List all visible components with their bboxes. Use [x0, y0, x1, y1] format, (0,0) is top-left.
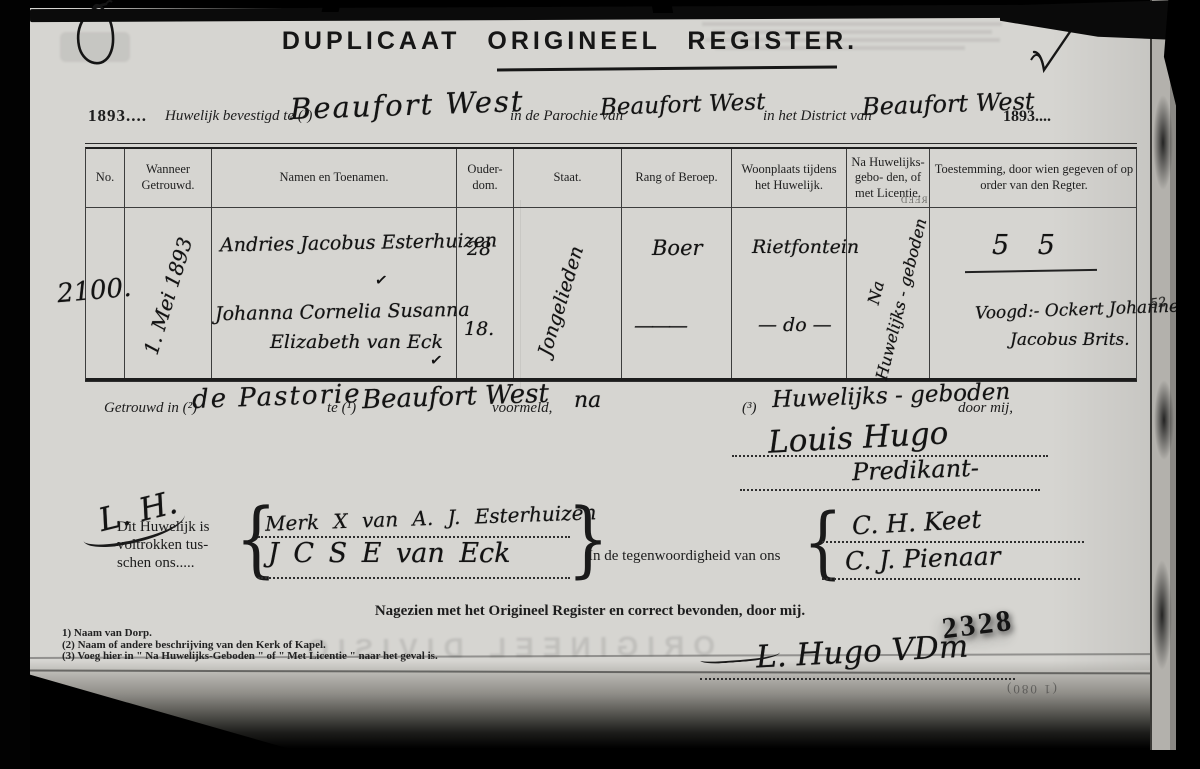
cell-toestemming: 5 5 Voogd:- Ockert Johannes Jacobus Brit… [929, 208, 1138, 378]
year-left: 1893.... [88, 106, 147, 126]
signature-line [700, 678, 1015, 680]
cell-names: Andries Jacobus Esterhuizen ✓ Johanna Co… [211, 208, 456, 378]
bride-residence-ditto: — do — [758, 314, 832, 336]
col-header-toestemming: Toestemming, door wien gegeven of op ord… [929, 149, 1138, 207]
film-notch [322, 0, 342, 12]
page-title: DUPLICAAT ORIGINEEL REGISTER. [0, 27, 1140, 56]
married-in-label: Getrouwd in (²) [104, 400, 197, 417]
na-handwritten: na [574, 388, 601, 413]
verification-statement: Nagezien met het Origineel Register en c… [280, 603, 900, 620]
entry-number: 2100. [56, 273, 133, 309]
cell-no: 2100. [86, 208, 124, 378]
col-header-wanneer: Wanneer Getrouwd. [124, 149, 211, 207]
col-header-beroep: Rang of Beroep. [621, 149, 731, 207]
banns-note-rotated: NaHuwelijks - geboden [840, 193, 939, 400]
brace-open: { [803, 498, 843, 588]
cell-woonplaats: Rietfontein — do — [731, 208, 846, 378]
consent-number: 5 5 [992, 230, 1065, 261]
marital-state-rotated: Jongelieden [523, 207, 600, 395]
col-header-ouderdom: Ouder- dom. [456, 149, 513, 207]
col-header-woonplaats: Woonplaats tijdens het Huwelijk. [731, 149, 846, 207]
year-right: 1893.... [1003, 108, 1051, 126]
cell-ages: 28 18. [456, 208, 513, 378]
bride-name-line2: Elizabeth van Eck [270, 331, 443, 353]
brace-close: } [567, 492, 609, 587]
cell-date: 1. Mei 1893 [124, 208, 211, 378]
bride-age: 18. [464, 318, 494, 340]
col-header-namen: Namen en Toenamen. [211, 149, 456, 207]
witness-label: In de tegenwoordigheid van ons [588, 548, 780, 565]
solemnized-line1: Dit Huwelijk is [117, 518, 247, 536]
door-mij-label: door mij, [958, 400, 1013, 417]
groom-residence: Rietfontein [752, 236, 859, 258]
edge-smudge [1153, 95, 1173, 190]
cell-beroep: Boer ——— [621, 208, 731, 378]
cell-geboden: NaHuwelijks - geboden [846, 208, 929, 378]
marriage-date-rotated: 1. Mei 1893 [132, 211, 205, 381]
margin-note: 52 [1149, 295, 1167, 312]
col-header-no: No. [86, 149, 124, 207]
edge-smudge [1152, 560, 1172, 670]
check-mark-icon: ✓ [374, 270, 389, 291]
solemnized-line3: schen ons..... [117, 554, 247, 572]
married-te-label: te (¹) [327, 400, 356, 417]
edge-smudge [1154, 380, 1174, 460]
solemnized-label: Dit Huwelijk is voltrokken tus- schen on… [117, 518, 247, 572]
bleedthrough-mirrored-number: (1 080) [1005, 681, 1057, 697]
solemnized-line2: voltrokken tus- [117, 536, 247, 554]
bride-occupation-dash: ——— [634, 313, 685, 337]
witness2-signature: C. J. Pienaar [845, 541, 1002, 575]
bleedthrough-line [702, 22, 1002, 26]
groom-occupation: Boer [652, 236, 703, 260]
footnotes: 1) Naam van Dorp. (2) Naam of andere bes… [62, 628, 438, 663]
cell-staat: Jongelieden [513, 208, 621, 378]
col-header-staat: Staat. [513, 149, 621, 207]
footnote3-ref: (³) [742, 400, 757, 417]
table-header-row: No. Wanneer Getrouwd. Namen en Toenamen.… [85, 147, 1137, 208]
film-notch [651, 0, 673, 13]
minister-title: Predikant- [852, 454, 980, 486]
signature-line [740, 489, 1040, 491]
consent-underline [965, 269, 1097, 273]
signature-line [822, 578, 1080, 580]
signature-line [258, 577, 570, 579]
groom-age: 28 [467, 238, 491, 260]
bride-name-line1: Johanna Cornelia Susanna [215, 299, 470, 325]
footnote-1: 1) Naam van Dorp. [62, 628, 438, 640]
district-label: in het District van [763, 108, 872, 125]
guardian-line2: Jacobus Brits. [1010, 330, 1130, 350]
register-table: No. Wanneer Getrouwd. Namen en Toenamen.… [85, 147, 1137, 381]
footnote-3: (3) Voeg hier in " Na Huwelijks-Geboden … [62, 651, 438, 663]
check-mark-icon: ✓ [429, 350, 444, 371]
table-entry-row: 2100. 1. Mei 1893 Andries Jacobus Esterh… [85, 208, 1137, 381]
scanned-marriage-register: DUPLICAAT ORIGINEEL REGISTER. 1893.... H… [0, 0, 1200, 769]
bride-signature: J C S E van Eck [268, 538, 511, 569]
voormeld-label: voormeld, [492, 400, 552, 417]
film-border-left [0, 0, 30, 769]
table-top-rule [85, 143, 1137, 144]
